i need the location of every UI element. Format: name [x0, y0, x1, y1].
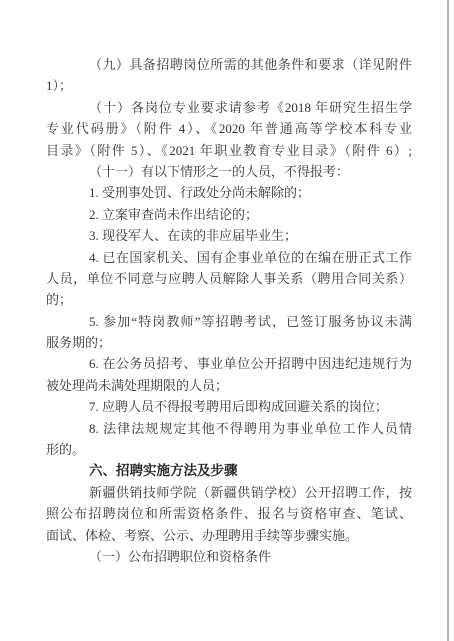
scan-edge-line: [447, 0, 449, 641]
list-item-line: 6. 在公务员招考、事业单位公开招聘中因违纪违规行为: [46, 353, 412, 374]
text-line: （九）具备招聘岗位所需的其他条件和要求（详见附件: [46, 54, 412, 75]
list-item-line: 4. 已在国家机关、国有企事业单位的在编在册正式工作: [46, 247, 412, 268]
text-line: 照公布招聘岗位和所需资格条件、报名与资格审查、笔试、: [46, 503, 412, 524]
text-line: 目录》（附件 5）、《2021 年职业教育专业目录》（附件 6）;: [46, 140, 412, 161]
text-line: 被处理尚未满处理期限的人员；: [46, 375, 412, 396]
document-page: （九）具备招聘岗位所需的其他条件和要求（详见附件 1）； （十）各岗位专业要求请…: [0, 0, 454, 641]
text-line: 面试、体检、考察、公示、办理聘用手续等步骤实施。: [46, 525, 412, 546]
list-item-line: 8. 法律法规规定其他不得聘用为事业单位工作人员情: [46, 418, 412, 439]
list-item-line: 3. 现役军人、在读的非应届毕业生；: [46, 225, 412, 246]
text-line: 1）；: [46, 75, 412, 96]
text-line: 新疆供销技师学院（新疆供销学校）公开招聘工作，按: [46, 482, 412, 503]
document-body: （九）具备招聘岗位所需的其他条件和要求（详见附件 1）； （十）各岗位专业要求请…: [46, 54, 412, 567]
list-item-line: 1. 受刑事处罚、行政处分尚未解除的；: [46, 182, 412, 203]
text-line: （十）各岗位专业要求请参考《2018 年研究生招生学科、: [46, 97, 412, 118]
section-heading: 六、招聘实施方法及步骤: [46, 460, 412, 481]
list-item-line: 2. 立案审查尚未作出结论的；: [46, 204, 412, 225]
text-line: 人员，单位不同意与应聘人员解除人事关系（聘用合同关系）: [46, 268, 412, 289]
subsection-heading: （一）公布招聘职位和资格条件: [46, 546, 412, 567]
text-line: 服务期的；: [46, 332, 412, 353]
text-line: （十一）有以下情形之一的人员，不得报考：: [46, 161, 412, 182]
text-line: 形的。: [46, 439, 412, 460]
list-item-line: 5. 参加“特岗教师”等招聘考试，已签订服务协议未满: [46, 311, 412, 332]
text-line: 的；: [46, 289, 412, 310]
list-item-line: 7. 应聘人员不得报考聘用后即构成回避关系的岗位；: [46, 396, 412, 417]
text-line: 专业代码册》（附件 4）、《2020 年普通高等学校本科专业: [46, 118, 412, 139]
